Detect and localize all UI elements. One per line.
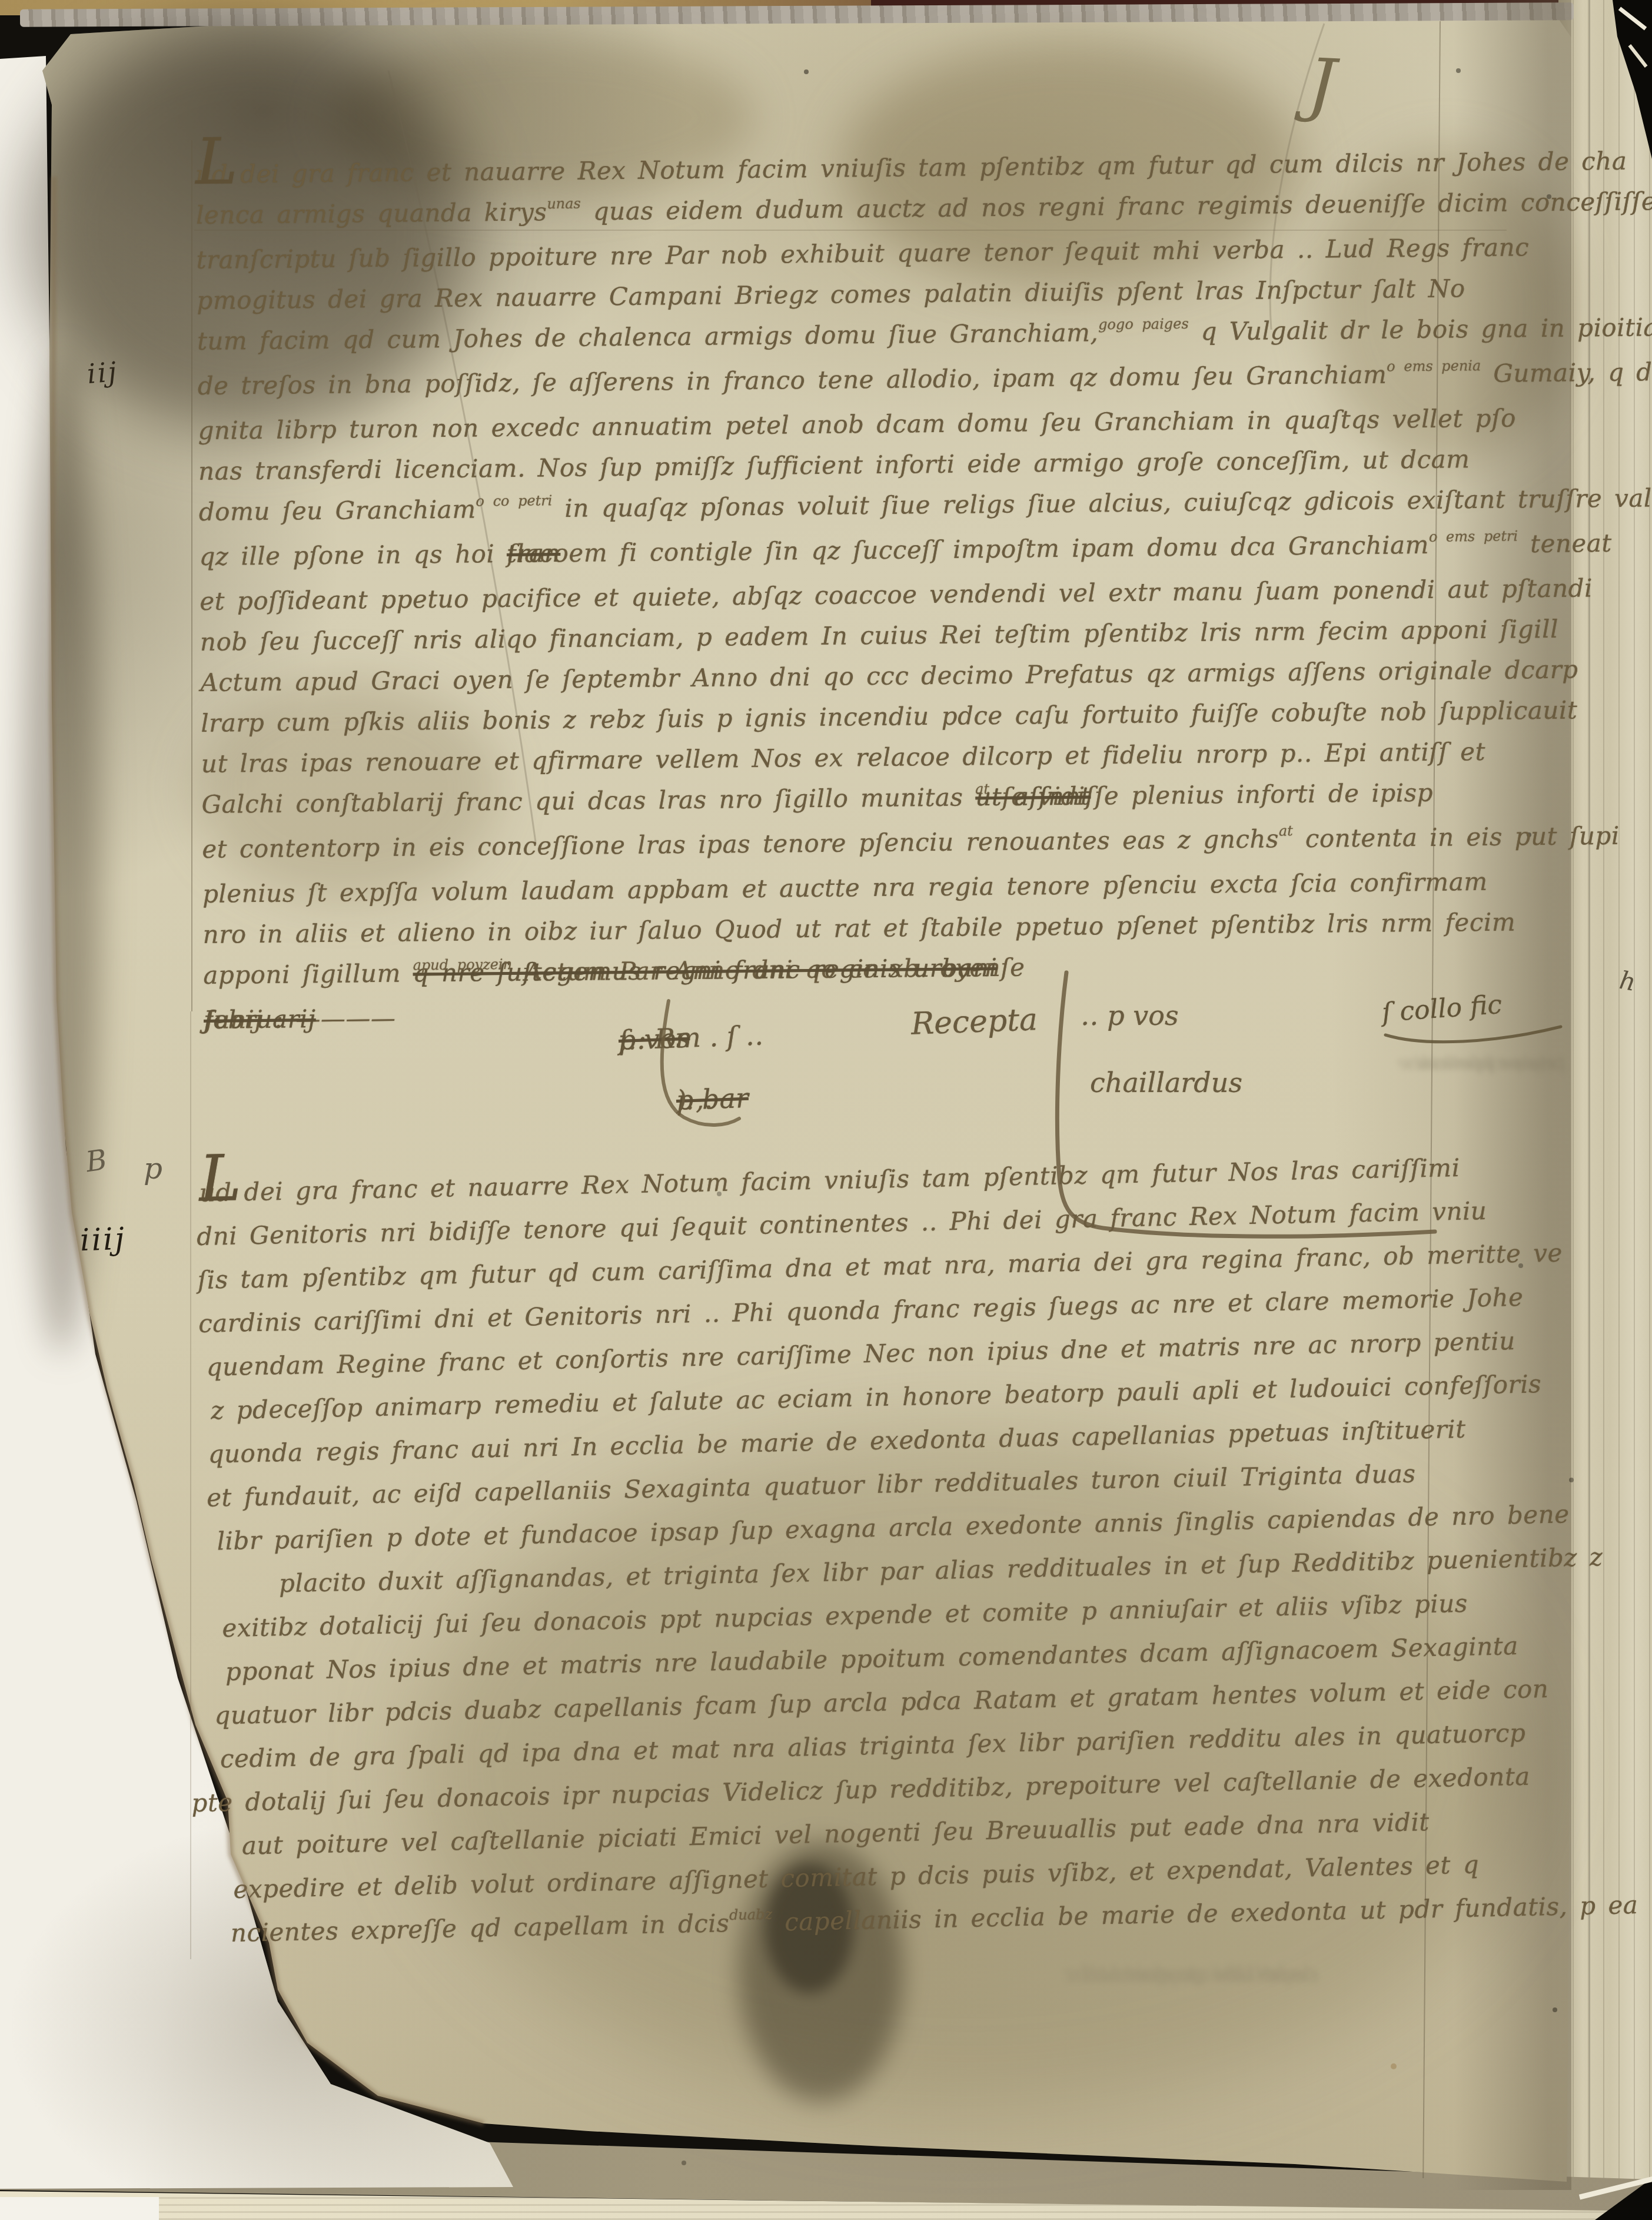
ink-specks (0, 0, 2, 2)
edge-grime (24, 353, 100, 1354)
margin-letter-b: B (84, 1143, 111, 1179)
ruling-line-left-lower (190, 1011, 191, 1959)
superscript-insertion: at (975, 781, 989, 797)
struck-text: februarij (204, 998, 316, 1040)
struck-text: tran (507, 533, 561, 574)
margin-act-number-iiij: iiij (79, 1222, 127, 1259)
clerk-signature: chaillardus (1090, 1067, 1242, 1099)
per-vos-note: ‥ p vos (1081, 1000, 1179, 1031)
ghost-line: de exedonta fundatis (1068, 1954, 1318, 1993)
ghost-line: tenore pſenciu (1417, 1048, 1565, 1079)
decorated-initial: L (195, 162, 238, 162)
bottom-left-underleaf (0, 2197, 159, 2220)
note-text: ‥ (618, 1024, 637, 1056)
superscript-insertion: gogo paiges (1098, 315, 1189, 332)
struck-text: ut aſſnnt (975, 775, 1091, 817)
act-2-text-block: Lud dei gra franc et nauarre Rex Notum f… (195, 1145, 1541, 1959)
recepta-note: Recepta (910, 1002, 1038, 1041)
act-1-text-block: Lud dei gra franc et nauarre Rex Notum f… (195, 141, 1534, 1040)
margin-act-number-iij: iij (86, 356, 119, 390)
superscript-insertion: o co petri (476, 492, 552, 509)
margin-letter-p: p (144, 1152, 164, 1186)
superscript-insertion: duabz (729, 1906, 773, 1923)
folio-mark: J (1305, 43, 1337, 125)
manuscript-photo: J iij B p iiij h Lud dei gra franc et na… (0, 0, 1652, 2220)
superscript-insertion: at (1279, 822, 1293, 839)
decorated-initial: L (199, 1179, 241, 1179)
superscript-insertion: o ems penia (1387, 357, 1481, 375)
superscript-insertion: apud poyzein (413, 956, 512, 974)
ruling-line-left (191, 140, 192, 1011)
superscript-insertion: o ems petri (1429, 527, 1518, 545)
superscript-insertion: unas (547, 195, 581, 212)
note-text: ) ,. (676, 1083, 713, 1116)
